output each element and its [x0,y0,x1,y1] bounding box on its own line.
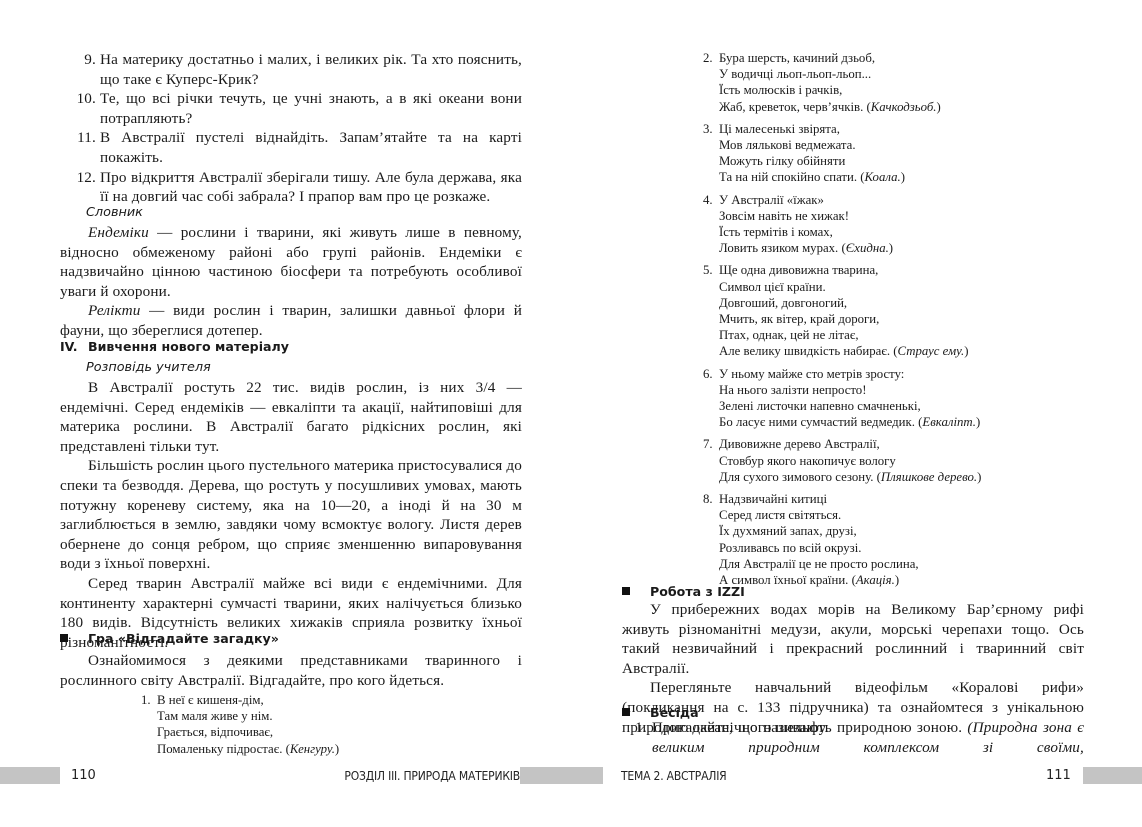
riddle-number: 3. [703,121,719,137]
question-item: 9.На материку достатньо і малих, і велик… [60,50,522,89]
riddle-line: Стовбур якого накопичує вологу [703,453,981,469]
riddle: 3.Ці малесенькі звірята, Мов лялькові ве… [703,121,981,186]
conversation-item: 1. Пригадайте, що називають природною зо… [622,718,1084,757]
riddle-answer: Страус ему. [897,344,964,358]
square-bullet-icon [622,587,630,595]
riddle-text: В неї є кишеня-дім, [157,693,264,707]
riddle-answer: Евкаліпт. [922,415,976,429]
riddle-line: Зелені листочки напевно смачненькі, [703,398,981,414]
riddle-line: Мов лялькові ведмежата. [703,137,981,153]
paragraph: У прибережних водах морів на Великому Ба… [622,600,1084,678]
question-number: 9. [73,50,100,70]
riddle-number: 7. [703,436,719,452]
riddle-text: Бура шерсть, качиний дзьоб, [719,51,875,65]
riddle-number: 2. [703,50,719,66]
riddle-line: Для сухого зимового сезону. (Пляшкове де… [703,469,981,485]
riddle-line: Грається, відпочиває, [141,724,339,740]
riddle: 8.Надзвичайні китиці Серед листя світять… [703,491,981,588]
question-text: Те, що всі річки течуть, це учні знають,… [100,90,522,127]
question-item: 11.В Австралії пустелі віднайдіть. Запам… [60,128,522,167]
question-number: 12. [73,168,100,188]
riddle-line: Серед листя світяться. [703,507,981,523]
riddle: 4.У Австралії «їжак» Зовсім навіть не хи… [703,192,981,257]
glossary-entry: Ендеміки — рослини і тварини, які живуть… [60,223,522,301]
paragraph: В Австралії ростуть 22 тис. видів рослин… [60,378,522,456]
riddle: 1.В неї є кишеня-дім, Там маля живе у ні… [141,692,339,757]
riddle-line: 3.Ці малесенькі звірята, [703,121,981,137]
right-page: 2.Бура шерсть, качиний дзьоб, У водичці … [571,0,1142,760]
riddle-text: Жаб, креветок, черв’ячків. [719,100,863,114]
riddle-line: Птах, однак, цей не літає, [703,327,981,343]
question-text: Про відкриття Австралії зберігали тишу. … [100,169,522,206]
game-intro: Ознайомимося з деякими представниками тв… [60,651,522,690]
section-heading: IV.Вивчення нового матеріалу [60,339,289,354]
footer-bar-middle [520,767,603,784]
riddle-text: Надзвичайні китиці [719,492,827,506]
riddle: 7.Дивовижне дерево Австралії, Стовбур як… [703,436,981,485]
left-page: 9.На материку достатньо і малих, і велик… [0,0,571,760]
running-head-left: РОЗДІЛ III. ПРИРОДА МАТЕРИКІВ [344,769,520,783]
riddle-answer: Кенгуру. [290,742,335,756]
riddle-line: Та на ній спокійно спати. (Коала.) [703,169,981,185]
square-bullet-icon [60,634,68,642]
glossary-term: Ендеміки [88,224,149,241]
riddle-line: 4.У Австралії «їжак» [703,192,981,208]
riddle-line: Символ цієї країни. [703,279,981,295]
riddle-number: 1. [141,692,157,708]
riddle-number: 8. [703,491,719,507]
glossary-entry: Релікти — види рослин і тварин, залишки … [60,301,522,340]
riddle-line: Довгоший, довгоногий, [703,295,981,311]
riddle-number: 4. [703,192,719,208]
page-number-right: 111 [1046,768,1071,783]
riddle-line: Мчить, як вітер, край дороги, [703,311,981,327]
paragraph: Більшість рослин цього пустельного матер… [60,456,522,574]
question-number: 10. [73,89,100,109]
riddle-line: У водичці льоп-льоп-льоп... [703,66,981,82]
riddle-line: 2.Бура шерсть, качиний дзьоб, [703,50,981,66]
riddle-line: Але велику швидкість набирає. (Страус ем… [703,343,981,359]
question-text: В Австралії пустелі віднайдіть. Запам’ят… [100,129,522,166]
riddle-text: У Австралії «їжак» [719,193,824,207]
riddles-list: 2.Бура шерсть, качиний дзьоб, У водичці … [703,50,981,588]
riddle: 2.Бура шерсть, качиний дзьоб, У водичці … [703,50,981,115]
running-head-right: ТЕМА 2. АВСТРАЛІЯ [621,769,726,783]
section-subtitle: Розповідь учителя [86,360,211,375]
question-item: 10.Те, що всі річки течуть, це учні знаю… [60,89,522,128]
riddle-text: Дивовижне дерево Австралії, [719,437,880,451]
question-text: На материку достатньо і малих, і великих… [100,51,522,88]
conversation-item-number: 1. [635,719,647,736]
game-title: Гра «Відгадайте загадку» [88,631,279,646]
riddle-answer: Єхидна. [846,241,889,255]
glossary: Ендеміки — рослини і тварини, які живуть… [60,223,522,341]
riddle-line: Їсть молюсків і рачків, [703,82,981,98]
riddle-line: Ловить язиком мурах. (Єхидна.) [703,240,981,256]
riddle-text: Ще одна дивовижна тварина, [719,263,878,277]
riddle-answer: Коала. [865,170,901,184]
riddle-line: 5.Ще одна дивовижна тварина, [703,262,981,278]
riddle-text: Та на ній спокійно спати. [719,170,857,184]
riddle-answer: Акація. [856,573,895,587]
riddle-line: Можуть гілку обійняти [703,153,981,169]
riddle-line: 7.Дивовижне дерево Австралії, [703,436,981,452]
square-bullet-icon [622,708,630,716]
riddle-line: Розливавсь по всій окрузі. [703,540,981,556]
riddle-line: Зовсім навіть не хижак! [703,208,981,224]
riddle: 5.Ще одна дивовижна тварина, Символ цієї… [703,262,981,359]
riddle-line: Їх духмяний запах, друзі, [703,523,981,539]
riddle-line: 1.В неї є кишеня-дім, [141,692,339,708]
riddle-text: Для сухого зимового сезону. [719,470,873,484]
riddle-answer: Качкодзьоб. [871,100,937,114]
riddle-line: Помаленьку підростає. (Кенгуру.) [141,741,339,757]
conversation-item-text: Пригадайте, що називають природною зоною… [652,719,967,736]
glossary-title: Словник [86,205,143,220]
riddle-text: Але велику швидкість набирає. [719,344,890,358]
riddle-line: Бо ласує ними сумчастий ведмедик. (Евкал… [703,414,981,430]
footer-bar-left [0,767,60,784]
footer-bar-right [1083,767,1142,784]
riddle-text: У ньому майже сто метрів зросту: [719,367,904,381]
riddle-line: Там маля живе у нім. [141,708,339,724]
riddle: 6.У ньому майже сто метрів зросту: На нь… [703,366,981,431]
izzi-heading: Робота з IZZI [622,584,745,599]
izzi-title: Робота з IZZI [650,584,745,599]
riddle-number: 6. [703,366,719,382]
riddle-number: 5. [703,262,719,278]
section-numeral: IV. [60,339,88,354]
riddle-line: Для Австралії це не просто рослина, [703,556,981,572]
glossary-term: Релікти [88,302,140,319]
riddle-text: Ловить язиком мурах. [719,241,838,255]
riddle-text: Ці малесенькі звірята, [719,122,840,136]
section-title: Вивчення нового матеріалу [88,339,289,354]
section-body: В Австралії ростуть 22 тис. видів рослин… [60,378,522,652]
riddle-line: Жаб, креветок, черв’ячків. (Качкодзьоб.) [703,99,981,115]
riddle-line: На нього залізти непросто! [703,382,981,398]
riddle-line: 6.У ньому майже сто метрів зросту: [703,366,981,382]
questions-list: 9.На материку достатньо і малих, і велик… [60,50,522,207]
riddle-answer: Пляшкове дерево. [881,470,977,484]
riddle-text: Помаленьку підростає. [157,742,282,756]
riddle-line: Їсть термітів і комах, [703,224,981,240]
game-heading: Гра «Відгадайте загадку» [60,631,279,646]
question-number: 11. [73,128,100,148]
page-number-left: 110 [71,768,96,783]
riddle-line: 8.Надзвичайні китиці [703,491,981,507]
question-item: 12.Про відкриття Австралії зберігали тиш… [60,168,522,207]
riddle-text: Бо ласує ними сумчастий ведмедик. [719,415,915,429]
